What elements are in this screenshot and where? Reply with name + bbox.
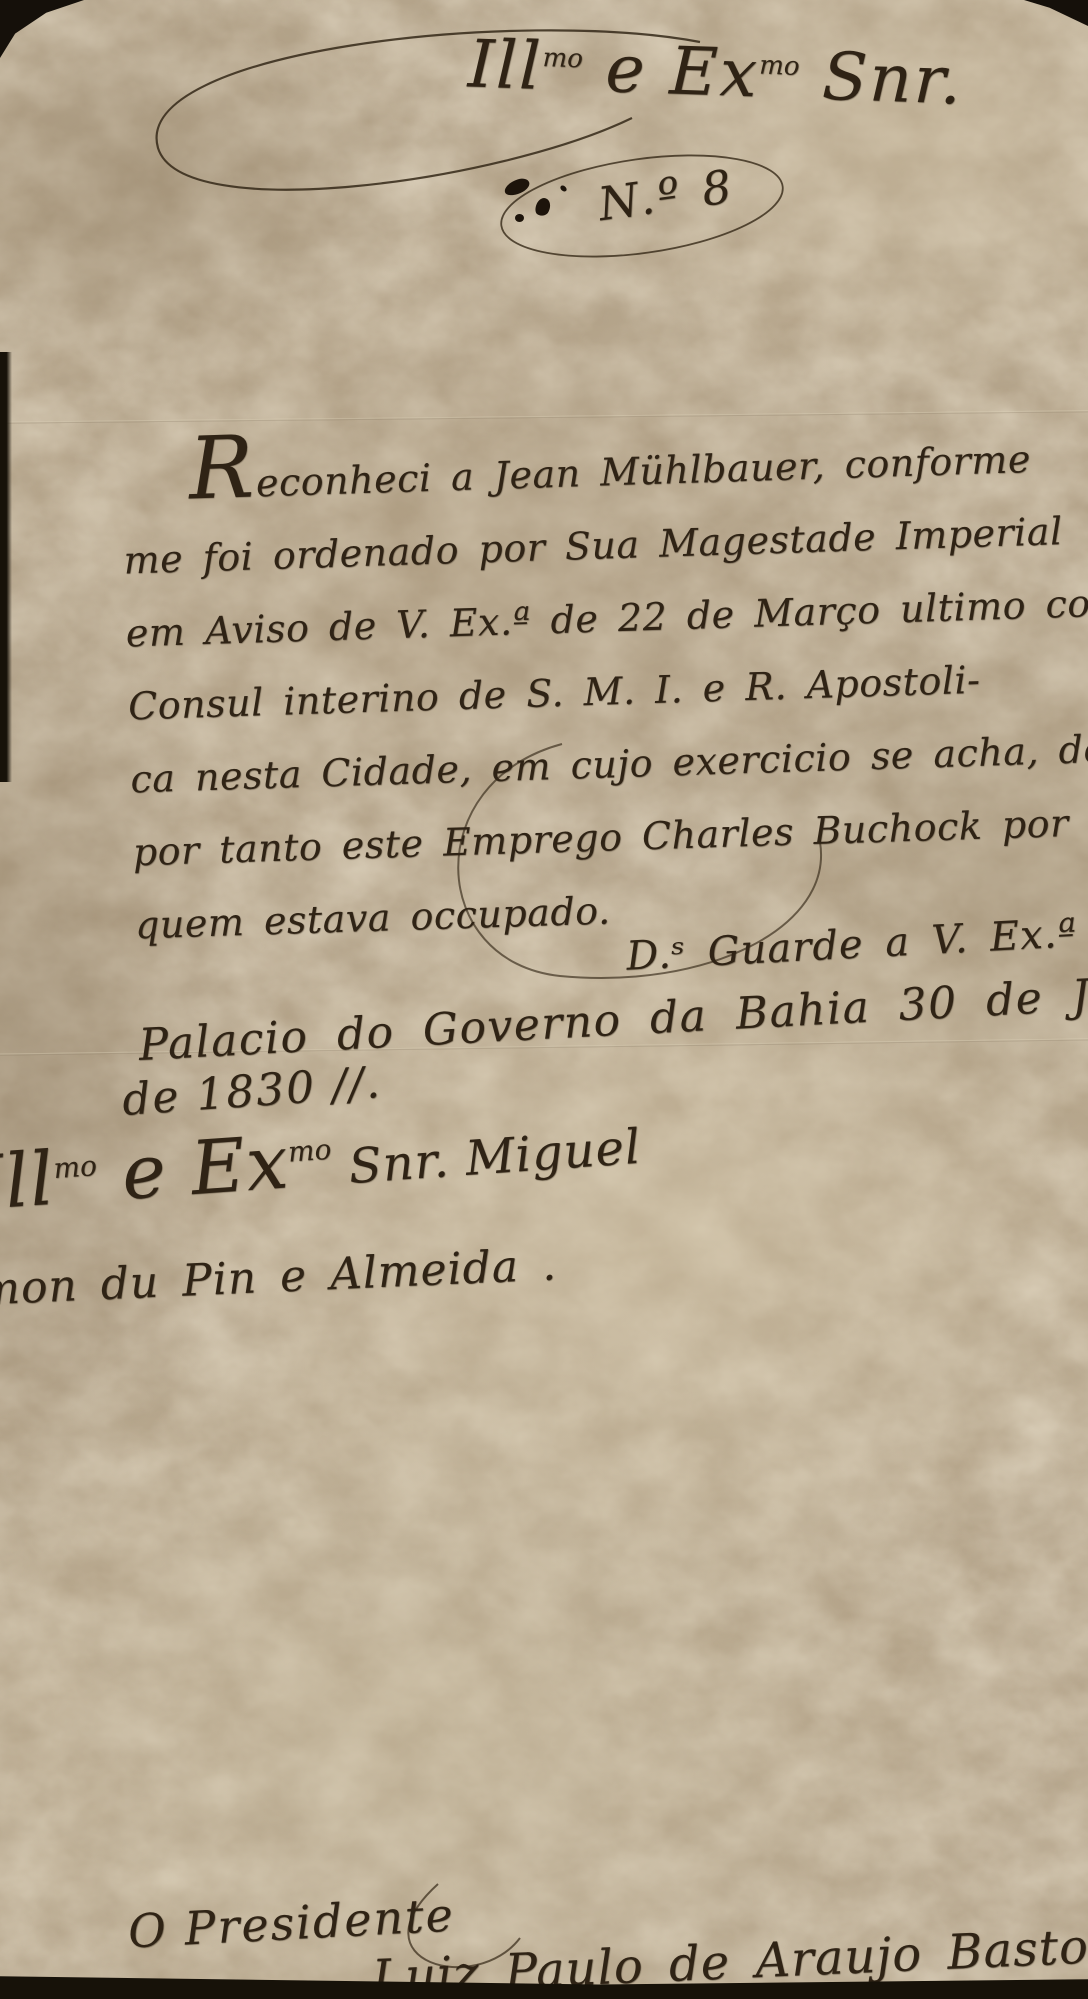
salutation-text: Ill	[467, 25, 544, 105]
letter-body: Reconheci a Jean Mühlbauer, conforme me …	[120, 425, 996, 963]
drop-capital: R	[187, 417, 257, 519]
body-line-text: econheci a Jean Mühlbauer, conforme	[255, 437, 1031, 505]
addressee-superscript: mo	[52, 1149, 98, 1185]
addressee-name: Miguel	[464, 1119, 643, 1187]
manuscript-photo: Illmo e Exmo Snr. N.º 8 Reconheci a Jean…	[0, 0, 1088, 1999]
salutation-text: e Ex	[581, 29, 760, 112]
salutation-superscript: mo	[542, 43, 583, 74]
addressee-honorific: Ill	[0, 1136, 57, 1227]
addressee-honorific: e Ex	[95, 1119, 292, 1218]
addressee-superscript: mo	[287, 1133, 333, 1169]
salutation-text: Snr.	[798, 37, 965, 120]
addressee-honorific: Snr.	[331, 1131, 468, 1196]
salutation-superscript: mo	[759, 51, 800, 82]
ink-blot	[515, 214, 524, 222]
